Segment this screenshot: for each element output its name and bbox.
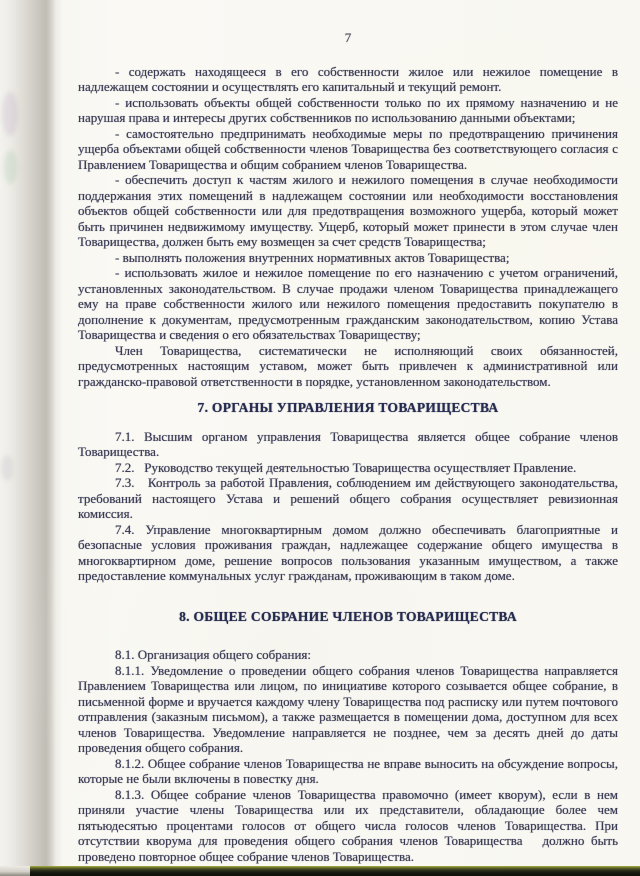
clause-8-1: 8.1. Организация общего собрания: <box>78 647 618 663</box>
duty-paragraph-provide-access: - обеспечить доступ к частям жилого и не… <box>78 172 618 250</box>
ink-bleed-ghost <box>4 150 17 184</box>
page-number: 7 <box>78 30 618 46</box>
duty-paragraph-prevent-damage: - самостоятельно предпринимать необходим… <box>78 126 618 173</box>
scan-artifact-bottom-band <box>30 866 640 876</box>
duty-paragraph-follow-internal-acts: - выполнять положения внутренних нормати… <box>78 250 618 266</box>
paragraph-member-liability: Член Товарищества, систематически не исп… <box>78 343 618 390</box>
clause-7-1: 7.1. Высшим органом управления Товарищес… <box>78 429 618 460</box>
page-text-block: 7 - содержать находящееся в его собствен… <box>78 30 618 864</box>
ink-bleed-ghost <box>1 455 13 481</box>
clause-7-3: 7.3. Контроль за работой Правления, собл… <box>78 475 618 522</box>
section-8-heading: 8. ОБЩЕЕ СОБРАНИЕ ЧЛЕНОВ ТОВАРИЩЕСТВА <box>78 609 618 625</box>
section-7-heading: 7. ОРГАНЫ УПРАВЛЕНИЯ ТОВАРИЩЕСТВА <box>78 400 618 416</box>
scan-artifact-bottom-left <box>0 866 30 876</box>
duty-paragraph-use-premises-sale: - использовать жилое и нежилое помещение… <box>78 265 618 343</box>
clause-8-1-1: 8.1.1. Уведомление о проведении общего с… <box>78 663 618 756</box>
scanned-charter-page: { "colors": { "ink": "#3b3c55", "heading… <box>0 0 640 876</box>
clause-7-4: 7.4. Управление многоквартирным домом до… <box>78 522 618 584</box>
clause-8-1-2: 8.1.2. Общее собрание членов Товариществ… <box>78 756 618 787</box>
clause-7-2: 7.2. Руководство текущей деятельностью Т… <box>78 460 618 476</box>
clause-8-1-3: 8.1.3. Общее собрание членов Товариществ… <box>78 787 618 865</box>
ink-bleed-ghost <box>2 92 18 136</box>
duty-paragraph-maintain-premises: - содержать находящееся в его собственно… <box>78 64 618 95</box>
duty-paragraph-use-common-property: - использовать объекты общей собственнос… <box>78 95 618 126</box>
